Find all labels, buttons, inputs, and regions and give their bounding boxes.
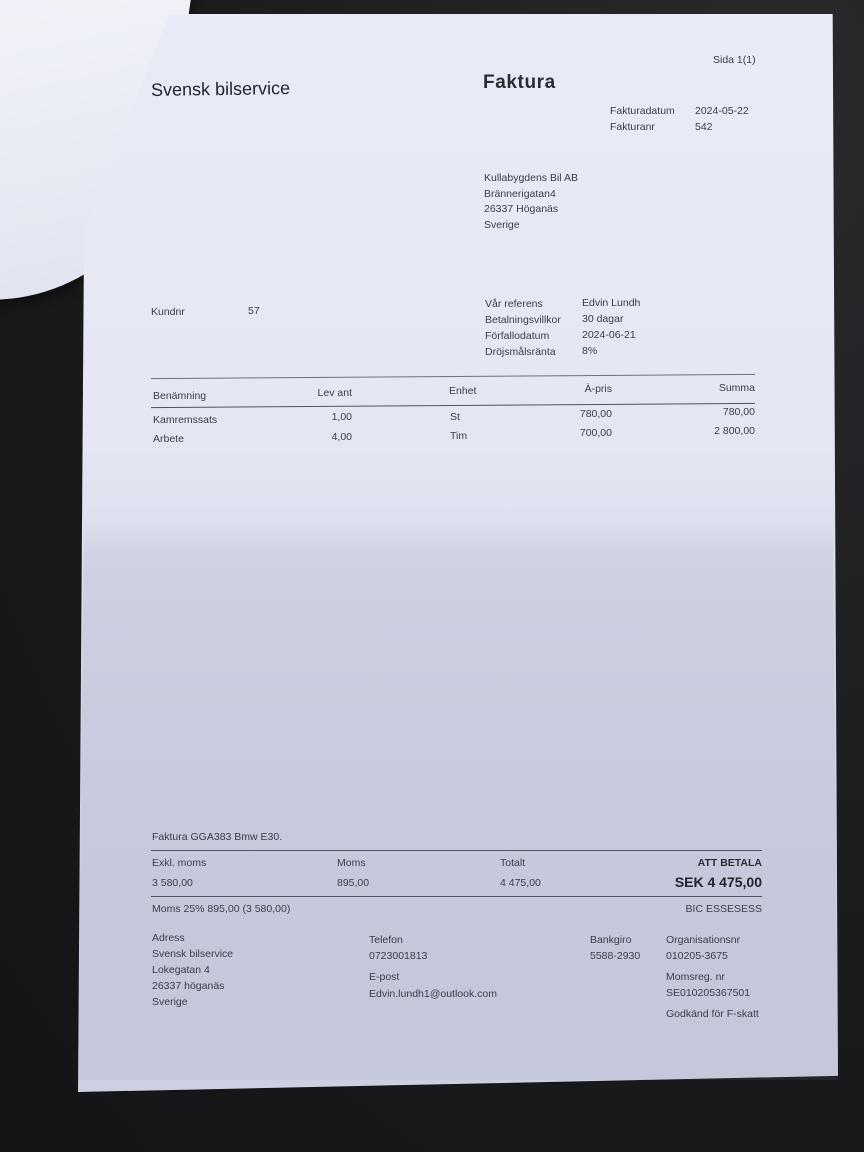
vat-value: 895,00 [337, 877, 369, 889]
due-date-label: Förfallodatum [485, 330, 549, 342]
recipient-line: Brännerigatan4 [484, 188, 556, 200]
vat-reg-label: Momsreg. nr [666, 971, 725, 983]
invoice-number-value: 542 [695, 121, 713, 133]
bic-code: BIC ESSESESS [660, 903, 762, 915]
column-header: Benämning [153, 390, 206, 402]
bankgiro-label: Bankgiro [590, 934, 631, 946]
item-unit-price: 700,00 [550, 427, 612, 439]
invoice-date-value: 2024-05-22 [695, 105, 749, 117]
column-header: Enhet [449, 385, 476, 397]
late-interest-value: 8% [582, 345, 597, 357]
payment-terms-value: 30 dagar [582, 313, 623, 325]
item-unit-price: 780,00 [550, 408, 612, 420]
email-value: Edvin.lundh1@outlook.com [369, 988, 497, 1000]
excl-vat-value: 3 580,00 [152, 877, 193, 889]
company-name: Svensk bilservice [151, 78, 290, 101]
total-value: 4 475,00 [500, 877, 541, 889]
email-label: E-post [369, 971, 399, 983]
invoice-paper [78, 14, 838, 1092]
invoice-note: Faktura GGA383 Bmw E30. [152, 831, 282, 843]
item-description: Arbete [153, 433, 184, 445]
totals-top-rule [151, 850, 762, 851]
org-number-value: 010205-3675 [666, 950, 728, 962]
page-number: Sida 1(1) [713, 54, 756, 66]
phone-label: Telefon [369, 934, 403, 946]
item-quantity: 4,00 [300, 431, 352, 443]
recipient-line: Kullabygdens Bil AB [484, 172, 578, 184]
customer-number-label: Kundnr [151, 306, 185, 318]
item-unit: Tim [450, 430, 467, 442]
customer-number-value: 57 [248, 305, 260, 317]
payment-terms-label: Betalningsvillkor [485, 314, 561, 326]
vat-reg-value: SE010205367501 [666, 987, 750, 999]
reference-value: Edvin Lundh [582, 297, 640, 309]
address-line: Lokegatan 4 [152, 964, 210, 976]
invoice-number-label: Fakturanr [610, 121, 655, 133]
amount-due-value: SEK 4 475,00 [620, 874, 762, 890]
phone-value: 0723001813 [369, 950, 427, 962]
vat-label: Moms [337, 857, 366, 869]
totals-bottom-rule [151, 896, 762, 897]
due-date-value: 2024-06-21 [582, 329, 636, 341]
address-line: 26337 höganäs [152, 980, 224, 992]
org-number-label: Organisationsnr [666, 934, 740, 946]
document-title: Faktura [483, 72, 556, 94]
item-sum: 2 800,00 [690, 425, 755, 437]
item-unit: St [450, 411, 460, 423]
invoice-date-label: Fakturadatum [610, 105, 675, 117]
recipient-line: 26337 Höganäs [484, 203, 558, 215]
column-header: Lev ant [300, 387, 352, 399]
excl-vat-label: Exkl. moms [152, 857, 206, 869]
vat-breakdown: Moms 25% 895,00 (3 580,00) [152, 903, 290, 915]
bankgiro-value: 5588-2930 [590, 950, 640, 962]
column-header: Summa [700, 382, 755, 394]
f-tax-approval: Godkänd för F-skatt [666, 1008, 759, 1020]
total-label: Totalt [500, 857, 525, 869]
address-line: Svensk bilservice [152, 948, 233, 960]
item-quantity: 1,00 [300, 411, 352, 423]
recipient-line: Sverige [484, 219, 520, 231]
reference-label: Vår referens [485, 298, 543, 310]
late-interest-label: Dröjsmålsränta [485, 346, 556, 358]
address-label: Adress [152, 932, 185, 944]
amount-due-label: ATT BETALA [660, 857, 762, 869]
column-header: À-pris [560, 383, 612, 395]
address-line: Sverige [152, 996, 188, 1008]
item-description: Kamremssats [153, 414, 217, 426]
item-sum: 780,00 [690, 406, 755, 418]
